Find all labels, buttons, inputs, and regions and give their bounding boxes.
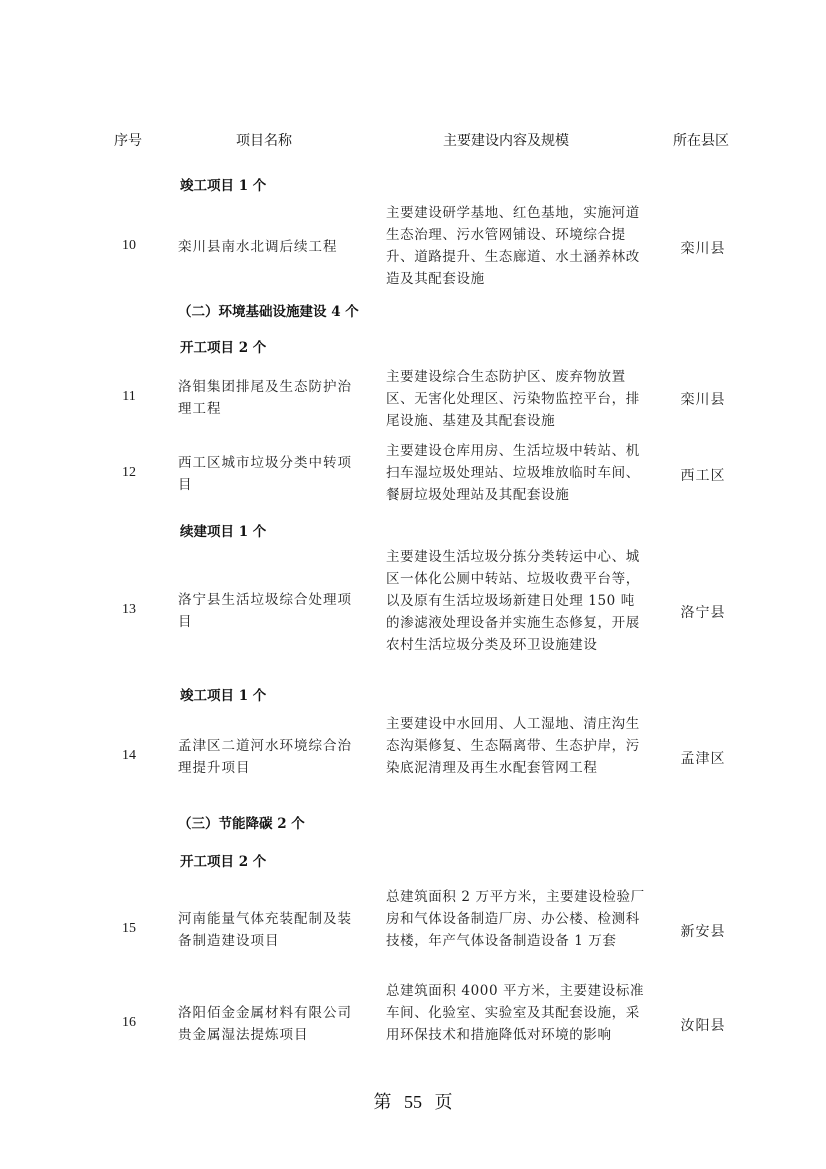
page-number: 第 55 页 [0,1088,826,1114]
row-index: 12 [112,465,146,481]
row-content: 主要建设研学基地、红色基地，实施河道生态治理、污水管网铺设、环境综合提升、道路提… [386,202,646,290]
row-project-name: 洛宁县生活垃圾综合处理项目 [178,589,358,633]
header-county: 所在县区 [673,130,729,150]
row-index: 10 [112,238,146,254]
row-county: 栾川县 [668,238,738,258]
row-index: 16 [112,1015,146,1031]
row-project-name: 西工区城市垃圾分类中转项目 [178,452,358,496]
row-index: 14 [112,748,146,764]
row-project-name: 洛钼集团排尾及生态防护治理工程 [178,376,358,420]
row-index: 11 [112,389,146,405]
row-project-name: 河南能量气体充装配制及装备制造建设项目 [178,908,358,952]
section-heading: 开工项目 2 个 [180,850,266,870]
row-project-name: 洛阳佰金金属材料有限公司贵金属湿法提炼项目 [178,1002,358,1046]
row-county: 西工区 [668,465,738,485]
row-county: 新安县 [668,921,738,941]
row-project-name: 孟津区二道河水环境综合治理提升项目 [178,735,358,779]
row-content: 总建筑面积 4000 平方米，主要建设标准车间、化验室、实验室及其配套设施，采用… [386,980,646,1046]
row-project-name: 栾川县南水北调后续工程 [178,236,358,258]
row-content: 主要建设仓库用房、生活垃圾中转站、机扫车湿垃圾处理站、垃圾堆放临时车间、餐厨垃圾… [386,440,646,506]
section-heading: 竣工项目 1 个 [180,174,266,194]
row-index: 13 [112,602,146,618]
header-project-name: 项目名称 [236,130,292,150]
header-index: 序号 [114,130,142,150]
category-heading: （二）环境基础设施建设 4 个 [178,300,359,320]
row-content: 总建筑面积 2 万平方米，主要建设检验厂房和气体设备制造厂房、办公楼、检测科技楼… [386,886,646,952]
row-county: 孟津区 [668,748,738,768]
row-county: 汝阳县 [668,1015,738,1035]
section-heading: 续建项目 1 个 [180,520,266,540]
header-content-scale: 主要建设内容及规模 [443,130,569,150]
category-heading: （三）节能降碳 2 个 [178,812,305,832]
row-content: 主要建设中水回用、人工湿地、清庄沟生态沟渠修复、生态隔离带、生态护岸，污染底泥清… [386,713,646,779]
row-content: 主要建设生活垃圾分拣分类转运中心、城区一体化公厕中转站、垃圾收费平台等，以及原有… [386,546,646,656]
row-county: 栾川县 [668,389,738,409]
section-heading: 竣工项目 1 个 [180,684,266,704]
section-heading: 开工项目 2 个 [180,336,266,356]
row-county: 洛宁县 [668,602,738,622]
row-index: 15 [112,921,146,937]
row-content: 主要建设综合生态防护区、废弃物放置区、无害化处理区、污染物监控平台，排尾设施、基… [386,366,646,432]
document-page: 序号 项目名称 主要建设内容及规模 所在县区 竣工项目 1 个 10 栾川县南水… [0,0,826,1169]
